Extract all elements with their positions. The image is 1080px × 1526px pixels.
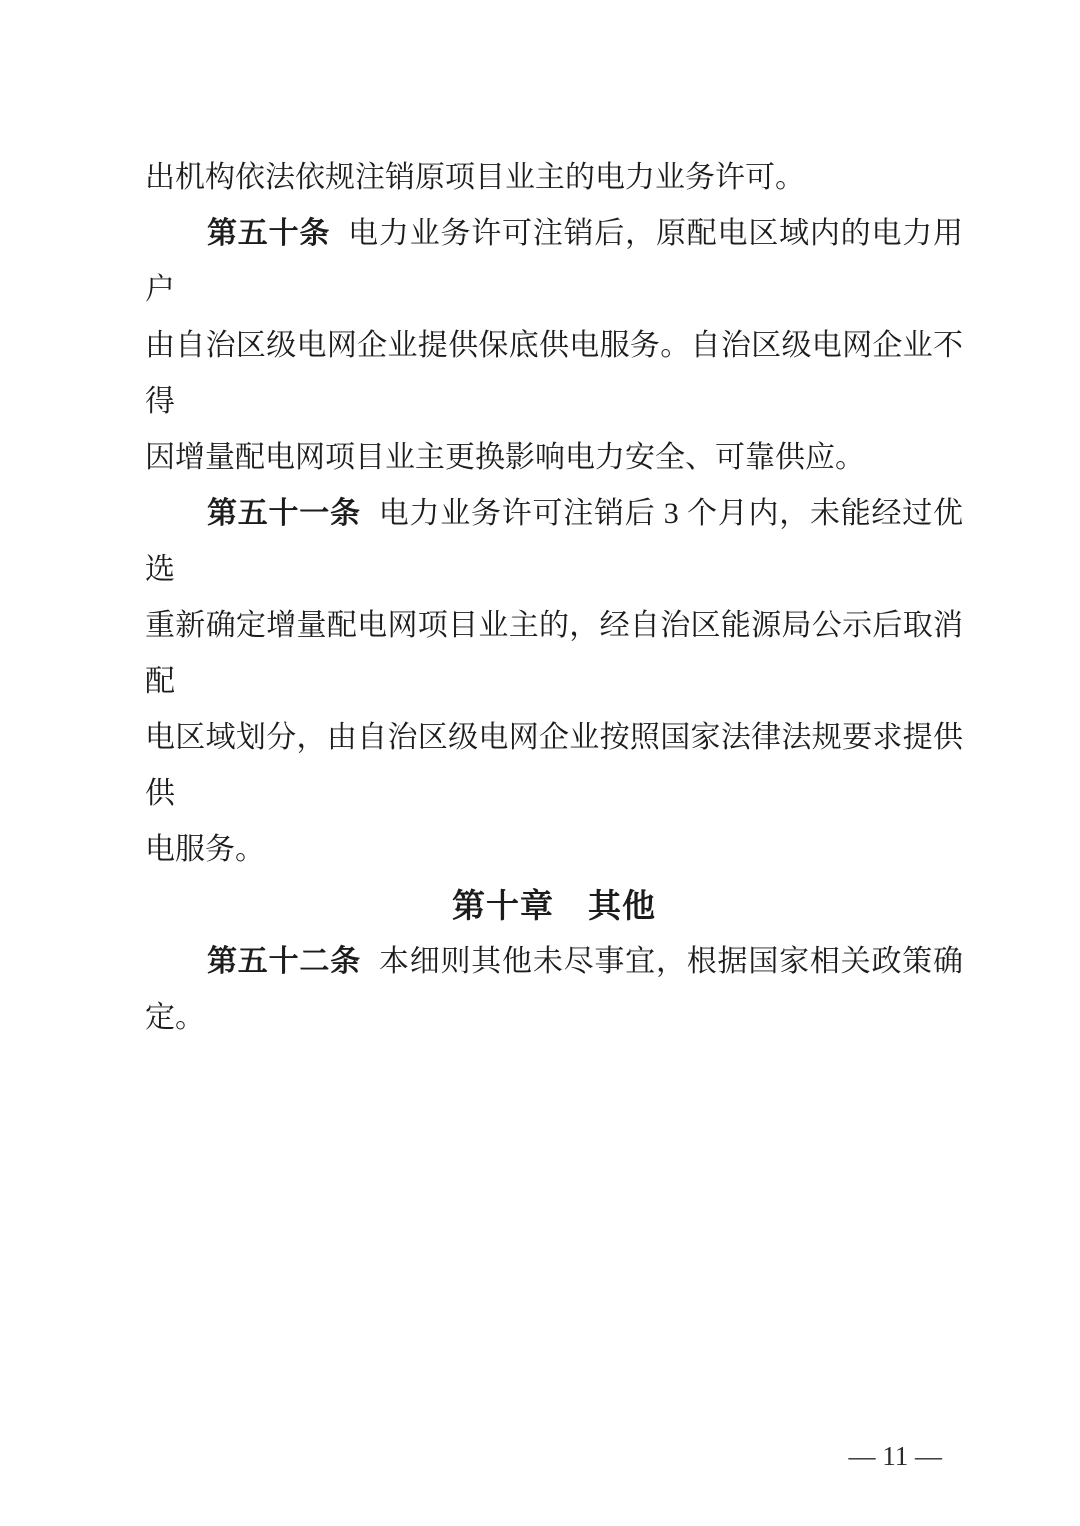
chapter-10-heading: 第十章 其他 (145, 878, 963, 934)
article-50-line-3: 因增量配电网项目业主更换影响电力安全、可靠供应。 (145, 430, 963, 486)
page-number: — 11 — (849, 1441, 943, 1472)
article-51-number: 第五十一条 (207, 497, 361, 530)
article-50-line-2: 由自治区级电网企业提供保底供电服务。自治区级电网企业不得 (145, 318, 963, 430)
article-51-line-1: 第五十一条电力业务许可注销后 3 个月内，未能经过优选 (145, 486, 963, 598)
article-52-number: 第五十二条 (207, 945, 361, 978)
article-51-line-3: 电区域划分，由自治区级电网企业按照国家法律法规要求提供供 (145, 710, 963, 822)
document-page: 出机构依法依规注销原项目业主的电力业务许可。 第五十条电力业务许可注销后，原配电… (0, 0, 1080, 1526)
article-50-number: 第五十条 (207, 217, 330, 250)
article-51-line-2: 重新确定增量配电网项目业主的，经自治区能源局公示后取消配 (145, 598, 963, 710)
article-50-line-1: 第五十条电力业务许可注销后，原配电区域内的电力用户 (145, 206, 963, 318)
document-body: 出机构依法依规注销原项目业主的电力业务许可。 第五十条电力业务许可注销后，原配电… (145, 150, 963, 1046)
article-52-line-2: 定。 (145, 990, 963, 1046)
article-51-line-4: 电服务。 (145, 822, 963, 878)
article-52-text-1: 本细则其他未尽事宜，根据国家相关政策确 (379, 945, 963, 978)
continuation-paragraph-line: 出机构依法依规注销原项目业主的电力业务许可。 (145, 150, 963, 206)
article-52-line-1: 第五十二条本细则其他未尽事宜，根据国家相关政策确 (145, 934, 963, 990)
